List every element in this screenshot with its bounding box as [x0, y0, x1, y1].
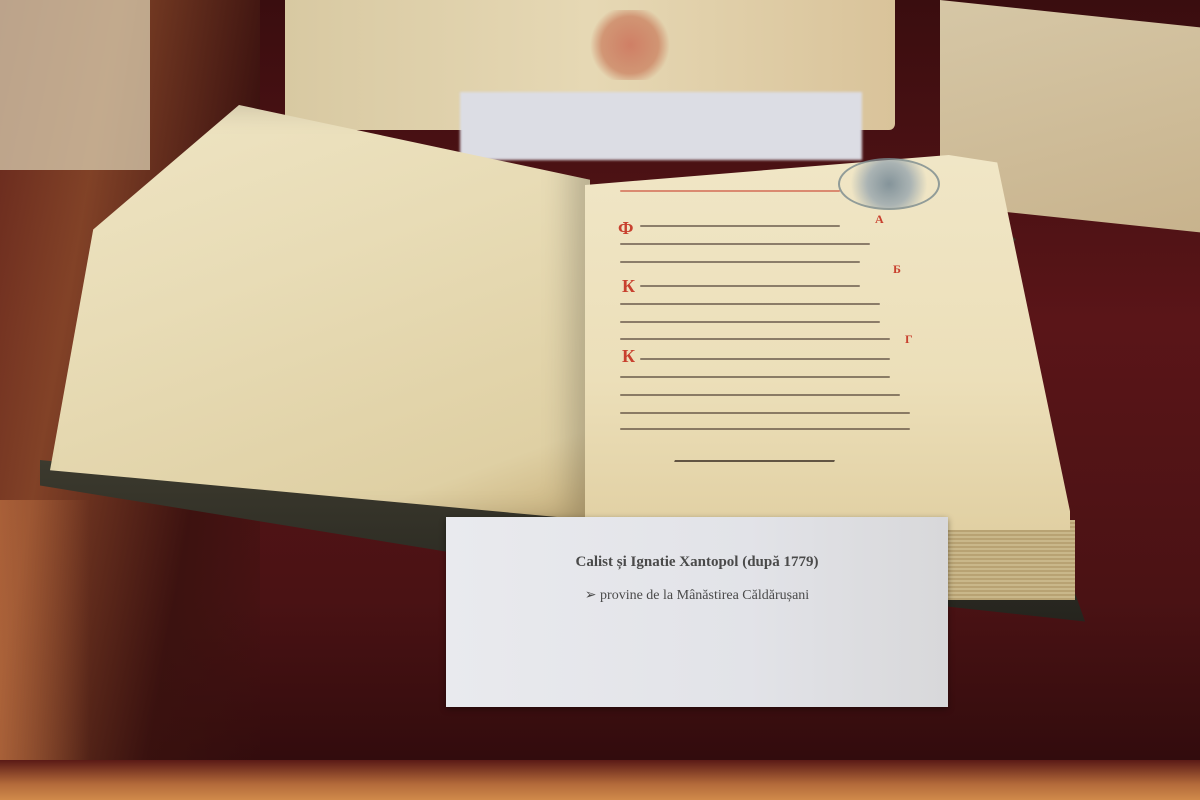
rubric-initial-2: К: [622, 276, 635, 297]
library-stamp: [838, 158, 940, 210]
background-book-left: [0, 0, 150, 170]
handwritten-line: [640, 285, 860, 287]
rubric-initial-3: К: [622, 346, 635, 367]
signature: [674, 430, 846, 462]
glass-reflection: [0, 500, 90, 800]
manuscript-right-page: [585, 155, 1070, 530]
back-label: [460, 92, 862, 160]
rubric-initial-1: Ф: [618, 218, 633, 239]
bullet-arrow-icon: ➢: [585, 588, 597, 603]
handwritten-line: [620, 261, 860, 263]
red-illuminated-initial: [585, 10, 675, 80]
margin-mark-2: Б: [893, 262, 901, 277]
handwritten-line: [620, 394, 900, 396]
book-page-edges: [945, 520, 1075, 600]
case-wooden-edge: [0, 760, 1200, 800]
handwritten-line: [620, 190, 840, 192]
handwritten-line: [620, 321, 880, 323]
handwritten-line: [620, 243, 870, 245]
label-title: Calist și Ignatie Xantopol (după 1779): [446, 554, 948, 571]
label-subtitle: ➢ provine de la Mânăstirea Căldărușani: [446, 587, 948, 604]
margin-mark-1: А: [875, 212, 884, 227]
label-subtitle-text: provine de la Mânăstirea Căldărușani: [600, 588, 809, 603]
handwritten-line: [620, 303, 880, 305]
front-label: Calist și Ignatie Xantopol (după 1779) ➢…: [446, 517, 948, 707]
handwritten-line: [620, 376, 890, 378]
handwritten-line: [640, 358, 890, 360]
handwritten-line: [640, 225, 840, 227]
margin-mark-3: Г: [905, 332, 913, 347]
handwritten-line: [620, 412, 910, 414]
handwritten-line: [620, 338, 890, 340]
